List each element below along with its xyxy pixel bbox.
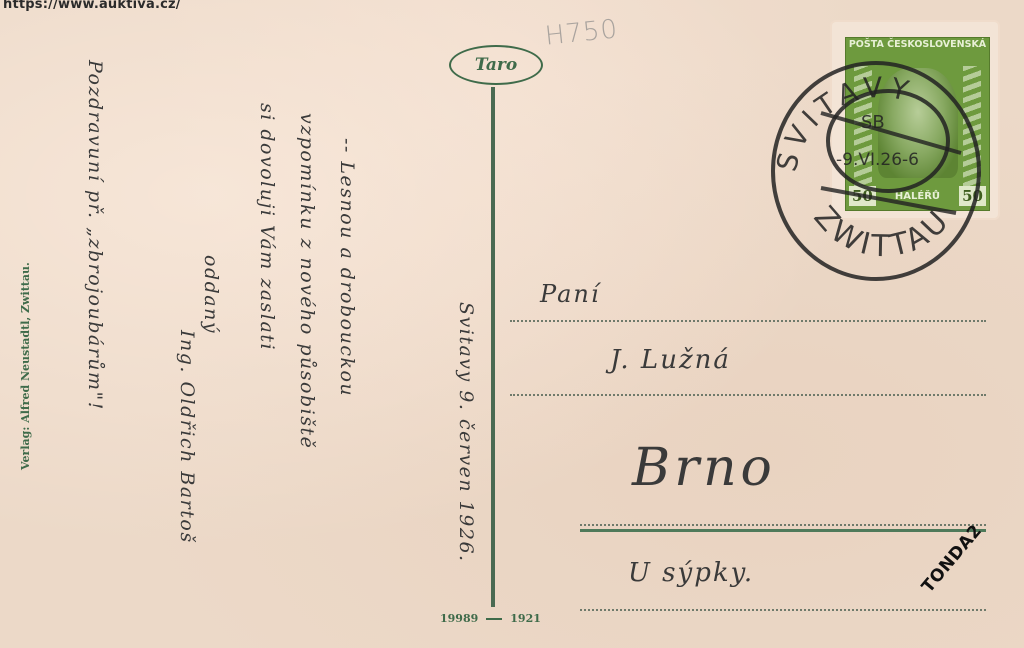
logo-text: Taro <box>475 55 517 75</box>
postage-stamp: POŠTA ČESKOSLOVENSKÁ 50 HALÉŘŮ 50 <box>832 22 998 218</box>
message-line-2: vzpomínku z nového působiště <box>296 113 318 449</box>
stamp-value-right: 50 <box>959 186 986 206</box>
address-line-2 <box>510 394 986 396</box>
address-line-3-underline <box>580 529 986 532</box>
catalog-number-value: 19989 <box>440 612 478 625</box>
address-line-3-dotted <box>580 524 986 526</box>
address-line-4 <box>580 609 986 611</box>
message-signature: Ing. Oldřich Bartoš <box>176 330 198 544</box>
publisher-imprint: Verlag: Alfred Neustadtl, Zwittau. <box>19 262 32 470</box>
address-line-1 <box>510 320 986 322</box>
center-divider-line <box>491 87 495 607</box>
catalog-number: 19989 1921 <box>440 612 541 625</box>
pencil-note: H750 <box>544 14 620 51</box>
laurel-right-icon <box>963 66 981 186</box>
stamp-value-left: 50 <box>849 186 876 206</box>
publisher-logo: Taro <box>449 45 543 85</box>
laurel-left-icon <box>854 66 872 186</box>
stamp-design: POŠTA ČESKOSLOVENSKÁ 50 HALÉŘŮ 50 <box>845 37 990 211</box>
message-closing: oddaný <box>200 255 222 334</box>
stamp-currency: HALÉŘŮ <box>895 191 940 202</box>
dash-divider <box>486 618 502 620</box>
stamp-country: POŠTA ČESKOSLOVENSKÁ <box>846 40 989 50</box>
auction-url-watermark: https://www.auktiva.cz/ <box>3 0 181 12</box>
message-line-3: si dovoluji Vám zaslati <box>256 103 278 351</box>
place-date: Svitavy 9. červen 1926. <box>455 302 477 563</box>
message-line-1: -- Lesnou a drobouckou <box>336 138 358 397</box>
seller-watermark: TONDA2 <box>918 521 986 597</box>
message-greeting: Pozdravuní př. „zbrojoubárům"! <box>84 60 106 411</box>
address-salutation: Paní <box>540 280 601 308</box>
catalog-year: 1921 <box>510 612 541 625</box>
address-name: J. Lužná <box>610 345 731 375</box>
address-street: U sýpky. <box>628 558 754 588</box>
portrait-icon <box>878 68 958 178</box>
address-city: Brno <box>632 438 776 498</box>
stamp-value-row: 50 HALÉŘŮ 50 <box>846 184 989 208</box>
